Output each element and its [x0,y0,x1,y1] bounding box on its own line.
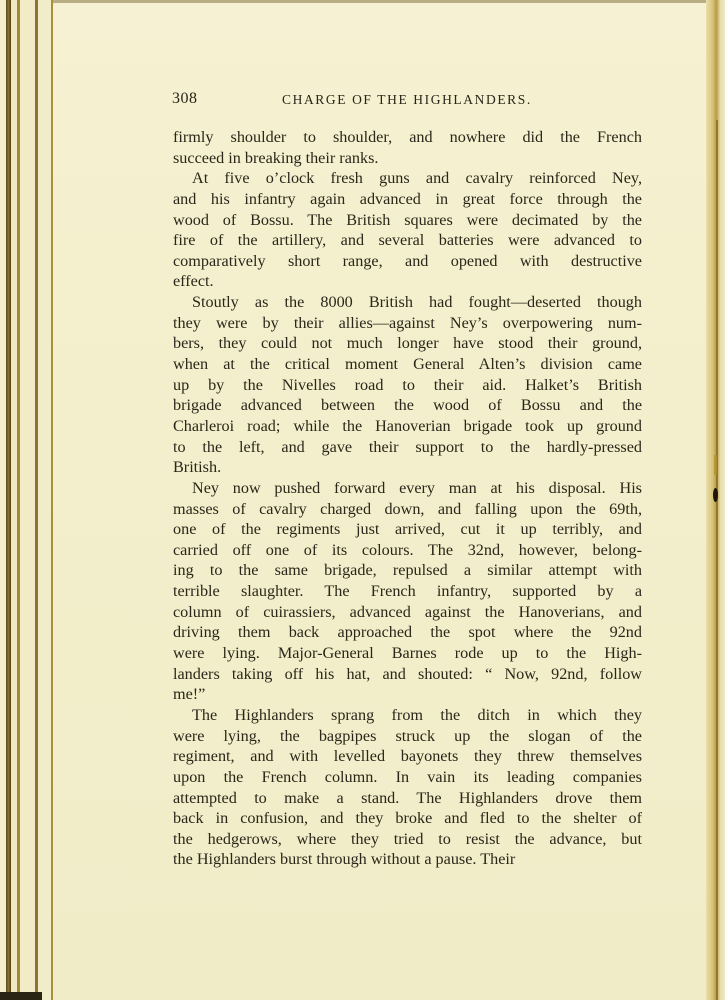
text-line: Stoutly as the 8000 British had fought—d… [173,292,642,313]
text-line: terrible slaughter. The French infantry,… [173,581,642,602]
paragraph: firmly shoulder to shoulder, and nowhere… [173,127,642,168]
text-line: fire of the artillery, and several batte… [173,230,642,251]
text-line: when at the critical moment General Alte… [173,354,642,375]
running-title: CHARGE OF THE HIGHLANDERS. [282,92,532,108]
text-line: succeed in breaking their ranks. [173,148,642,169]
text-line: landers taking off his hat, and shouted:… [173,664,642,685]
text-line: attempted to make a stand. The Highlande… [173,788,642,809]
text-line: carried off one of its colours. The 32nd… [173,540,642,561]
text-line: one of the regiments just arrived, cut i… [173,519,642,540]
book-edge-leaf-3 [38,0,51,1000]
text-line: and his infantry again advanced in great… [173,189,642,210]
scan-shadow [0,992,42,1000]
paragraph: At five o’clock fresh guns and cavalry r… [173,168,642,292]
text-line: firmly shoulder to shoulder, and nowhere… [173,127,642,148]
paragraph: Ney now pushed forward every man at his … [173,478,642,705]
text-line: up by the Nivelles road to their aid. Ha… [173,375,642,396]
text-line: comparatively short range, and opened wi… [173,251,642,272]
text-line: British. [173,457,642,478]
edge-stain [714,455,717,475]
text-line: bers, they could not much longer have st… [173,333,642,354]
text-line: The Highlanders sprang from the ditch in… [173,705,642,726]
text-line: driving them back approached the spot wh… [173,622,642,643]
text-line: me!” [173,684,642,705]
page-number: 308 [172,90,198,108]
text-line: regiment, and with levelled bayonets the… [173,746,642,767]
text-line: column of cuirassiers, advanced against … [173,602,642,623]
text-line: brigade advanced between the wood of Bos… [173,395,642,416]
text-line: were lying. Major-General Barnes rode up… [173,643,642,664]
text-line: At five o’clock fresh guns and cavalry r… [173,168,642,189]
paragraph: The Highlanders sprang from the ditch in… [173,705,642,870]
paragraph: Stoutly as the 8000 British had fought—d… [173,292,642,478]
text-line: ing to the same brigade, repulsed a simi… [173,560,642,581]
next-leaf-edge-line [716,120,718,1000]
text-line: masses of cavalry charged down, and fall… [173,499,642,520]
text-line: Charleroi road; while the Hanoverian bri… [173,416,642,437]
text-line: upon the French column. In vain its lead… [173,767,642,788]
text-line: Ney now pushed forward every man at his … [173,478,642,499]
ink-spot [713,488,718,502]
text-line: were lying, the bagpipes struck up the s… [173,726,642,747]
running-head: 308 CHARGE OF THE HIGHLANDERS. [172,90,642,110]
body-text: firmly shoulder to shoulder, and nowhere… [173,127,642,870]
text-line: the Highlanders burst through without a … [173,849,642,870]
book-edge-leaf-2 [20,0,35,1000]
text-line: effect. [173,271,642,292]
text-line: they were by their allies—against Ney’s … [173,313,642,334]
text-line: back in confusion, and they broke and fl… [173,808,642,829]
text-line: the hedgerows, where they tried to resis… [173,829,642,850]
text-line: wood of Bossu. The British squares were … [173,210,642,231]
text-line: to the left, and gave their support to t… [173,437,642,458]
